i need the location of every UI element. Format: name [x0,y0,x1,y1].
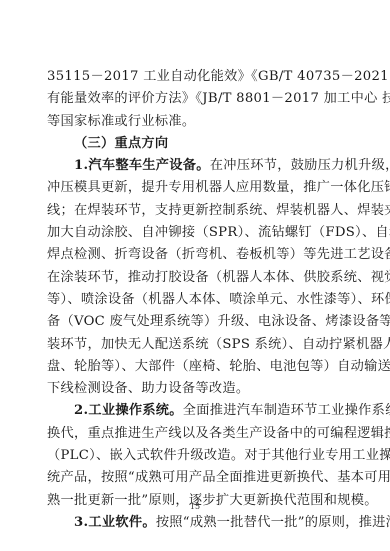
text-line: 备（VOC 废气处理系统等）升级、电泳设备、烤漆设备等。在总 [47,311,341,333]
text-line: 装环节，加快无人配送系统（SPS 系统）、自动拧紧机器人（底 [47,334,341,356]
text-line: 加大自动涂胶、自冲铆接（SPR）、流钻螺钉（FDS）、自动化 [47,222,341,244]
text-line: 统产品，按照“成熟可用产品全面推进更新换代、基本可用产品成 [47,467,341,489]
item3-title: 3.工业软件。 [74,515,156,530]
text-line: （PLC）、嵌入式软件升级改造。对于其他行业专用工业操作系 [47,445,341,467]
text-line: 在冲压环节，鼓励压力机升级，支持 [210,158,390,173]
text-line: 换代，重点推进生产线以及各类生产设备中的可编程逻辑控制器 [47,423,341,445]
text-line: 在涂装环节，推动打胶设备（机器人本体、供胶系统、视觉系统 [47,267,341,289]
text-line: 等国家标准或行业标准。 [47,111,341,133]
text-line: 有能量效率的评价方法》《JB/T 8801－2017 加工中心 技术条件》 [47,88,341,110]
document-body: 35115－2017 工业自动化能效》《GB/T 40735－2021 数控机床… [47,66,341,534]
text-line: 焊点检测、折弯设备（折弯机、卷板机等）等先进工艺设备应用； [47,244,341,266]
text-line: 下线检测设备、助力设备等改造。 [47,378,341,400]
item3-first-line: 3.工业软件。按照“成熟一批替代一批”的原则，推进汽车行 [47,512,341,534]
text-line: 全面推进汽车制造环节工业操作系统更新 [183,403,390,418]
text-line: 按照“成熟一批替代一批”的原则，推进汽车行 [156,515,390,530]
item2-first-line: 2.工业操作系统。全面推进汽车制造环节工业操作系统更新 [47,400,341,422]
text-line: 等）、喷涂设备（机器人本体、喷涂单元、水性漆等）、环保设 [47,289,341,311]
page-number: 15 [0,502,390,511]
item2-title: 2.工业操作系统。 [74,403,183,418]
text-line: 冲压模具更新，提升专用机器人应用数量，推广一体化压铸生产 [47,177,341,199]
item1-first-line: 1.汽车整车生产设备。在冲压环节，鼓励压力机升级，支持 [47,155,341,177]
text-line: 线；在焊装环节，支持更新控制系统、焊装机器人、焊装夹具， [47,200,341,222]
text-line: 35115－2017 工业自动化能效》《GB/T 40735－2021 数控机床… [47,66,341,88]
text-line: 盘、轮胎等）、大部件（座椅、轮胎、电池包等）自动输送线、 [47,356,341,378]
item1-title: 1.汽车整车生产设备。 [74,158,210,173]
section-heading: （三）重点方向 [47,133,341,155]
